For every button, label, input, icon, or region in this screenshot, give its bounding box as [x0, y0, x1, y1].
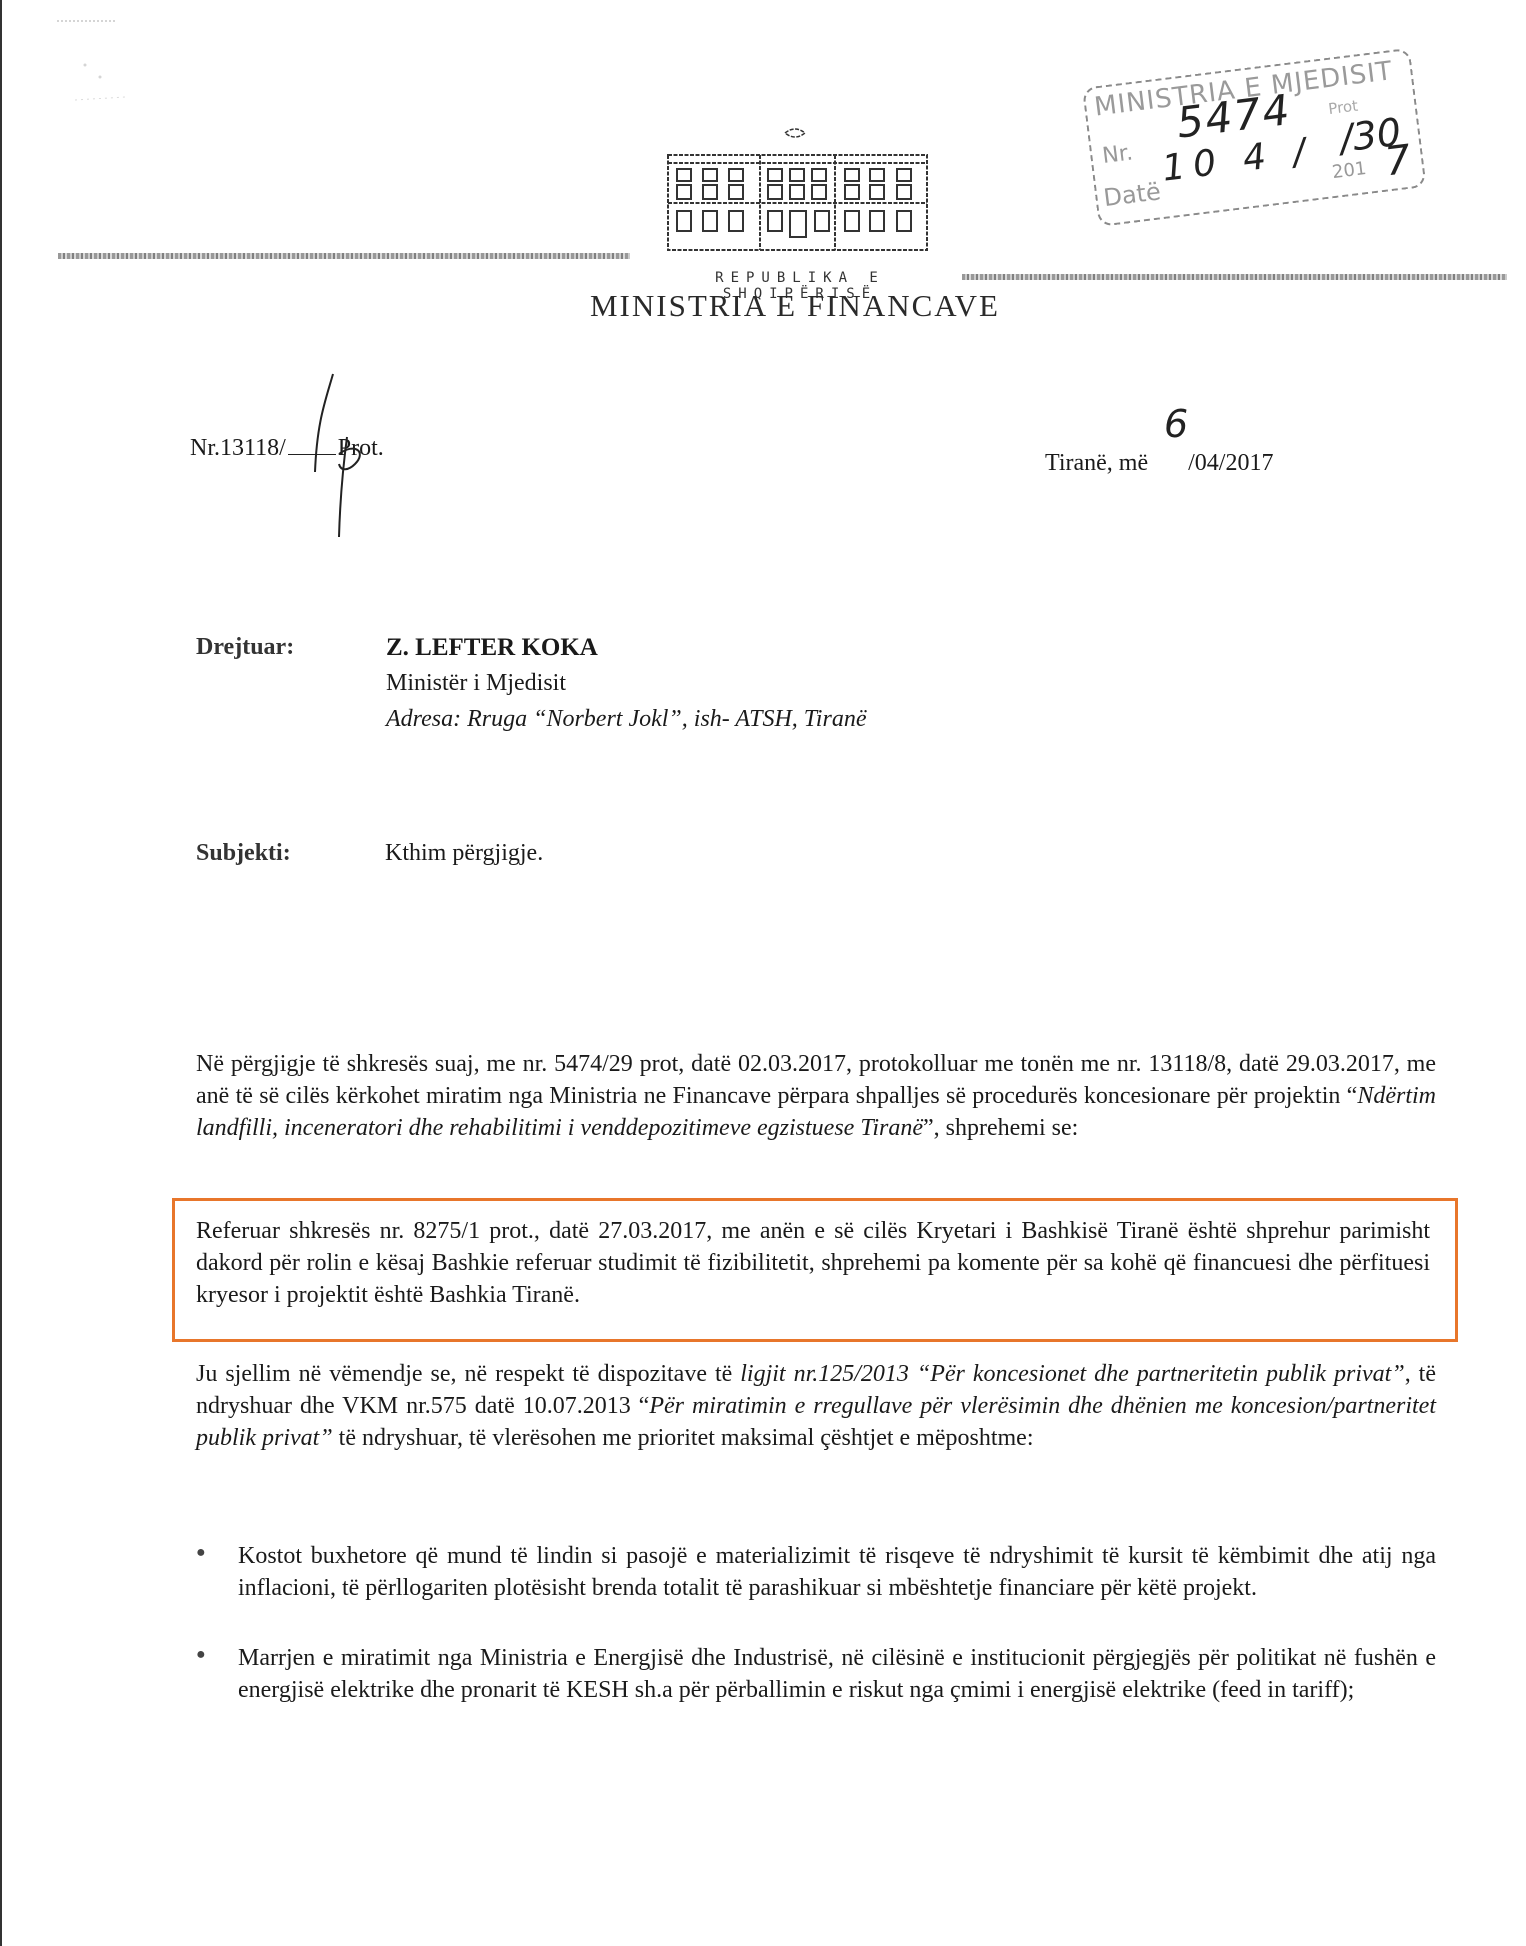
scan-artifact [55, 15, 145, 105]
document-date: Tiranë, më/04/2017 [1045, 450, 1273, 477]
stamp-nr-label: Nr. [1101, 140, 1134, 169]
date-suffix: /04/2017 [1188, 450, 1273, 476]
letterhead-rule-left [58, 253, 630, 259]
paragraph-text: Në përgjigje të shkresës suaj, me nr. 54… [196, 1051, 1436, 1109]
handwritten-initial-icon [295, 372, 375, 542]
ministry-heading: MINISTRIA E FINANCAVE [560, 288, 1030, 324]
date-day-handwritten: 6 [1164, 402, 1188, 446]
list-item: ● Kostot buxhetore që mund të lindin si … [196, 1540, 1436, 1604]
subject-text: Kthim përgjigje. [385, 840, 543, 867]
addressee-address: Adresa: Rruga “Norbert Jokl”, ish- ATSH,… [386, 706, 866, 733]
list-item-text: Kostot buxhetore që mund të lindin si pa… [238, 1540, 1436, 1604]
stamp-year-printed: 201 [1331, 158, 1368, 183]
received-stamp: MINISTRIA E MJEDISIT Nr. Prot Datë 201 5… [1082, 48, 1427, 227]
paragraph-text: të ndryshuar, të vlerësohen me prioritet… [333, 1425, 1034, 1451]
stamp-year-handwritten: 7 [1383, 137, 1414, 186]
subject-label: Subjekti: [196, 840, 291, 867]
paragraph-highlighted: Referuar shkresës nr. 8275/1 prot., datë… [196, 1215, 1430, 1311]
paragraph-reply: Në përgjigje të shkresës suaj, me nr. 54… [196, 1048, 1436, 1144]
ministry-building-emblem-icon [665, 125, 930, 255]
list-item: ● Marrjen e miratimit nga Ministria e En… [196, 1642, 1436, 1706]
priority-list: ● Kostot buxhetore që mund të lindin si … [196, 1540, 1436, 1744]
paragraph-text: ”, shprehemi se: [923, 1115, 1078, 1141]
bullet-icon: ● [196, 1642, 238, 1706]
scan-edge [0, 0, 2, 1946]
addressee-label: Drejtuar: [196, 634, 294, 661]
paragraph-text: Ju sjellim në vëmendje se, në respekt të… [196, 1361, 740, 1387]
addressee-title: Ministër i Mjedisit [386, 670, 566, 697]
letterhead-rule-right [962, 274, 1507, 280]
law-reference: ligjit nr.125/2013 “Për koncesionet dhe … [740, 1361, 1404, 1387]
bullet-icon: ● [196, 1540, 238, 1604]
list-item-text: Marrjen e miratimit nga Ministria e Ener… [238, 1642, 1436, 1706]
paragraph-legal-notice: Ju sjellim në vëmendje se, në respekt të… [196, 1358, 1436, 1454]
protocol-number-prefix: Nr.13118/ [190, 435, 286, 461]
addressee-name: Z. LEFTER KOKA [386, 634, 598, 662]
date-prefix: Tiranë, më [1045, 450, 1148, 476]
